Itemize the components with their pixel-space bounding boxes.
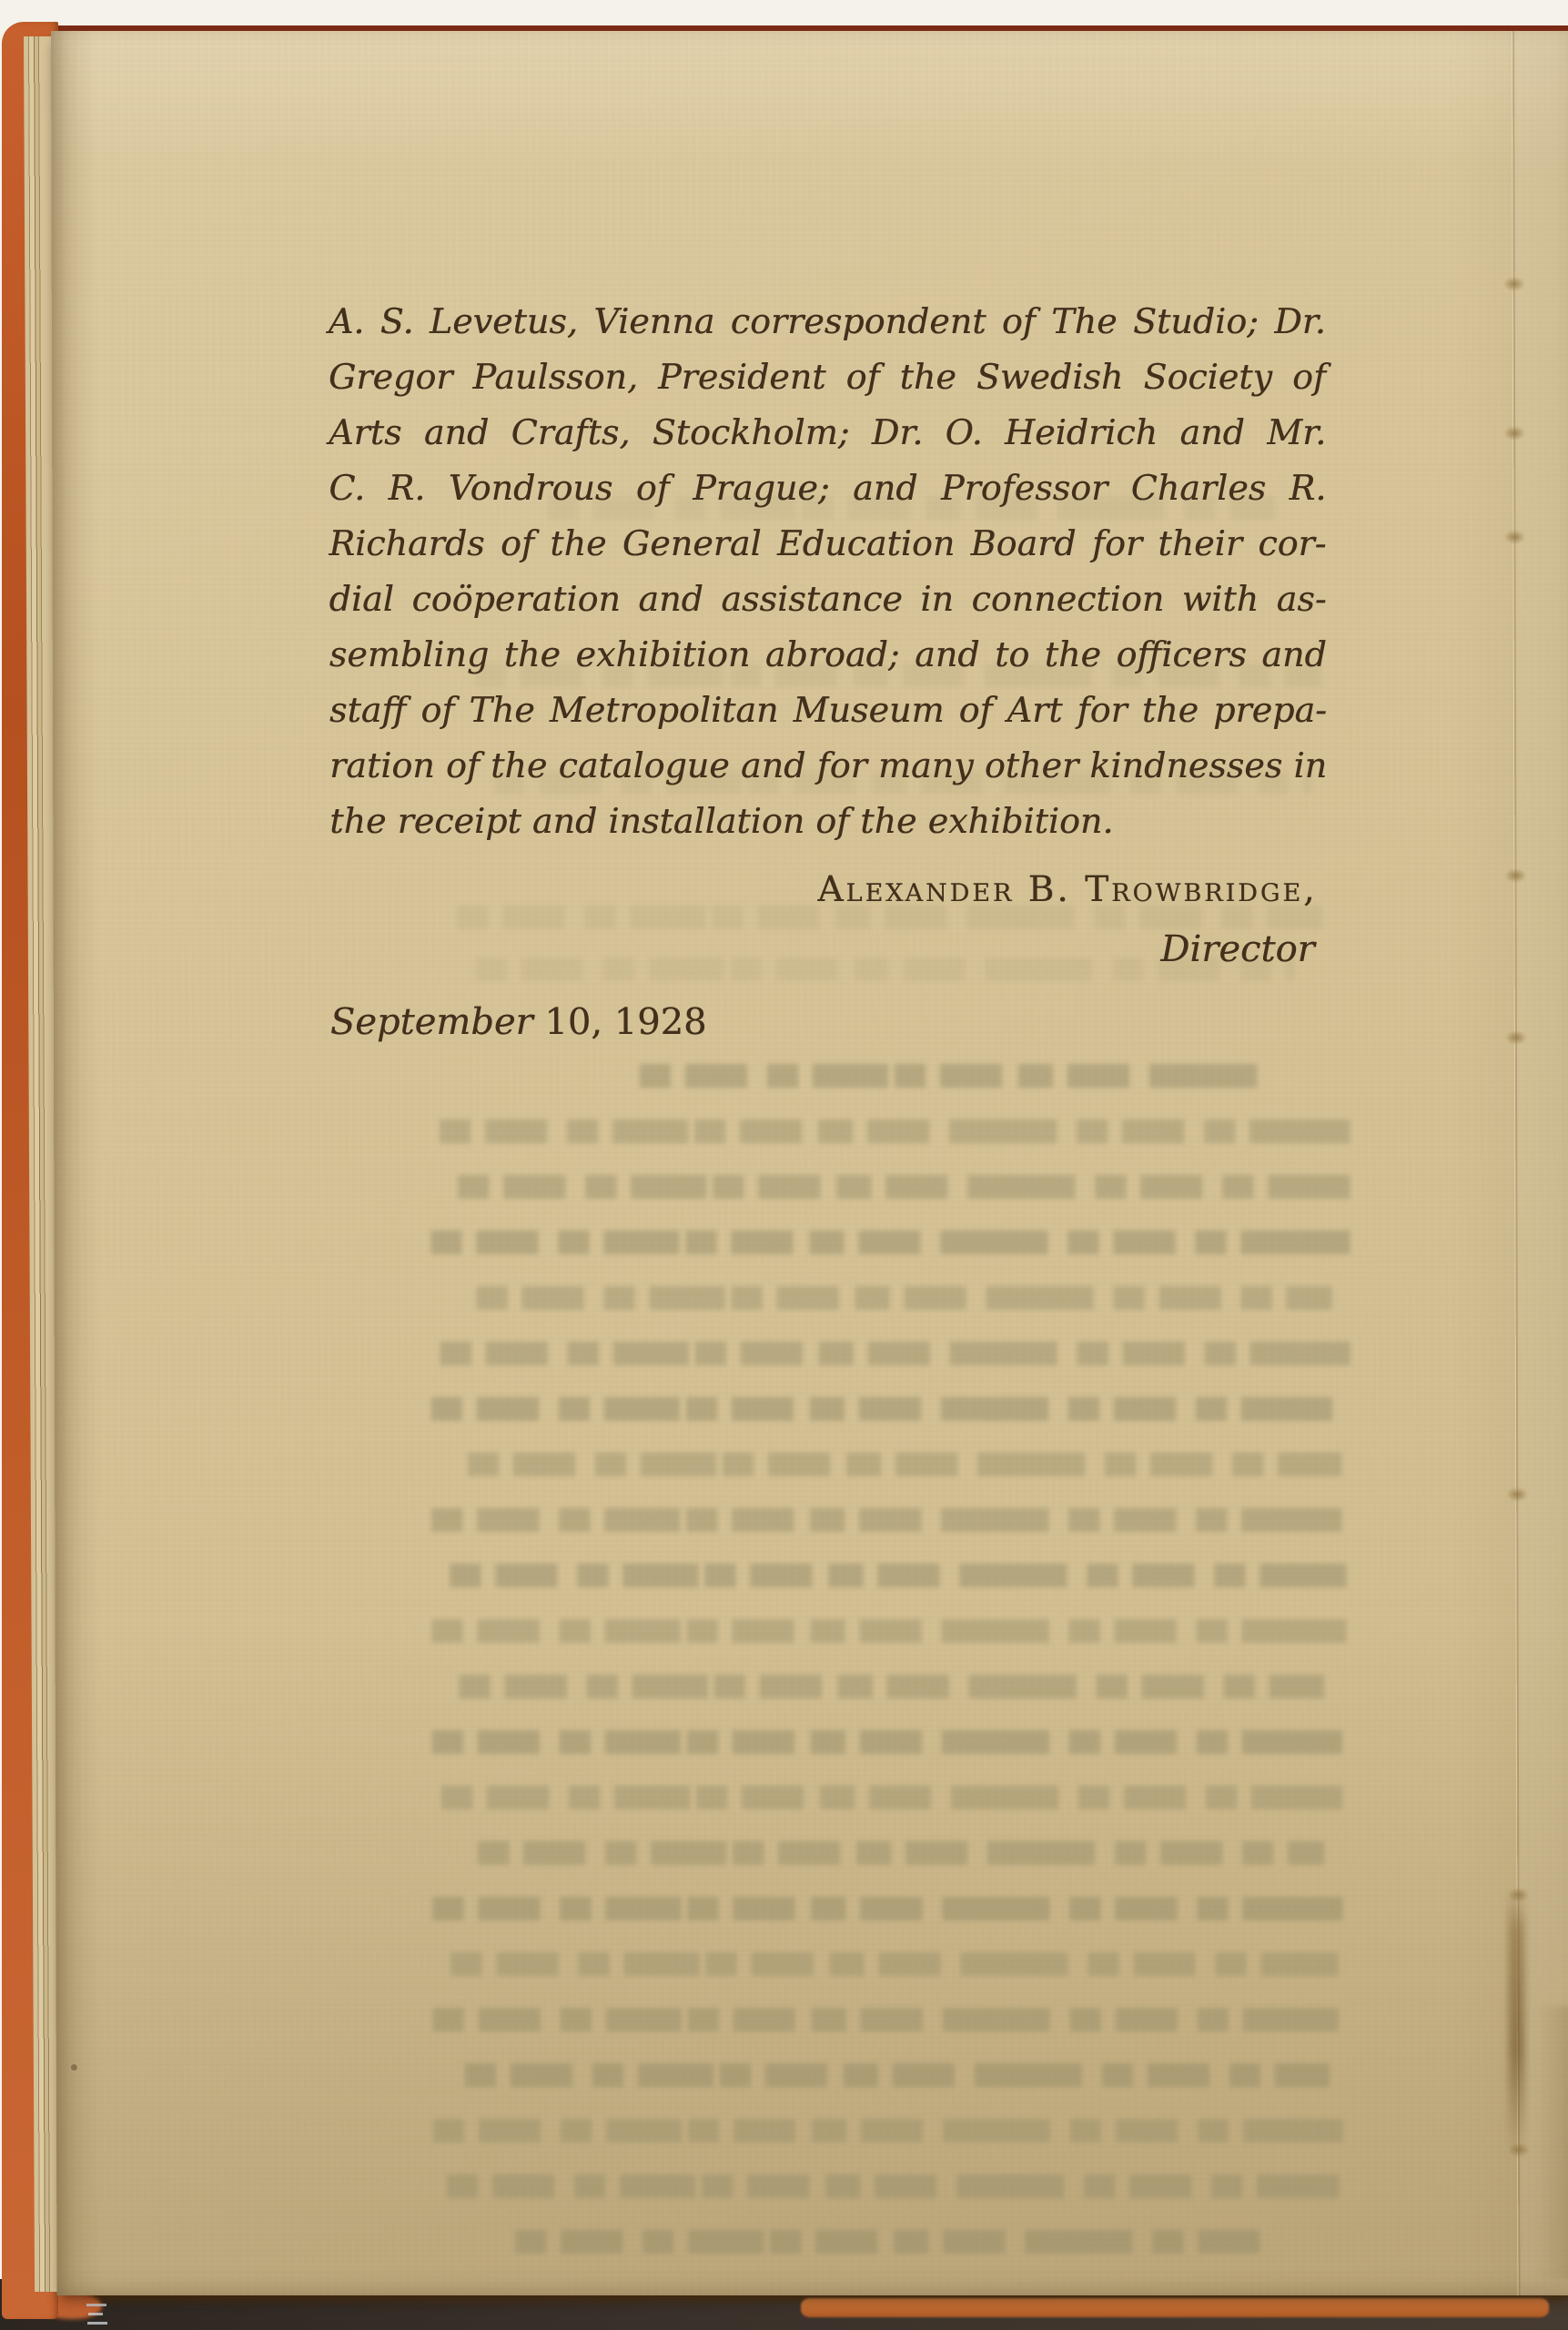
paragraph-line: A. S. Levetus, Vienna correspondent of T… bbox=[329, 294, 1326, 349]
ghost-text-line bbox=[477, 1286, 1332, 1310]
paragraph-line: Gregor Paulsson, President of the Swedis… bbox=[329, 349, 1326, 405]
ghost-text-line bbox=[432, 1897, 1342, 1920]
stitch-knot bbox=[1506, 1487, 1528, 1502]
ghost-text-line bbox=[432, 1730, 1342, 1754]
stitch-knot bbox=[1503, 530, 1525, 544]
paragraph-line: staff of The Metropolitan Museum of Art … bbox=[329, 683, 1327, 738]
paragraph-line: dial coöperation and assistance in conne… bbox=[329, 572, 1327, 627]
acknowledgment-paragraph: A. S. Levetus, Vienna correspondent of T… bbox=[329, 294, 1328, 849]
ghost-text-line bbox=[450, 1564, 1346, 1587]
date-line: September 10, 1928 bbox=[330, 1001, 707, 1043]
ghost-text-line bbox=[430, 1231, 1350, 1254]
paragraph-line: Arts and Crafts, Stockholm; Dr. O. Heidr… bbox=[329, 405, 1326, 461]
ghost-text-line bbox=[460, 1675, 1324, 1698]
ghost-text-line bbox=[432, 1619, 1347, 1643]
scanner-mark bbox=[88, 2313, 103, 2315]
paper-speck bbox=[71, 2064, 77, 2071]
stitch-knot bbox=[1505, 1030, 1527, 1045]
ghost-text-line bbox=[451, 1952, 1339, 1976]
ghost-text-line bbox=[431, 1397, 1332, 1421]
ghost-text-line bbox=[431, 1508, 1341, 1532]
ghost-text-line bbox=[440, 1342, 1351, 1365]
paragraph-line: sembling the exhibition abroad; and to t… bbox=[329, 627, 1327, 683]
ghost-text-line bbox=[468, 1453, 1341, 1476]
binding-stain bbox=[1508, 1889, 1525, 2159]
stitch-knot bbox=[1504, 868, 1526, 883]
paragraph-line: C. R. Vondrous of Prague; and Professor … bbox=[329, 461, 1326, 516]
paragraph-line: Richards of the General Education Board … bbox=[329, 516, 1326, 572]
ghost-text-line bbox=[640, 1064, 1277, 1088]
scanner-mark bbox=[86, 2304, 106, 2306]
stitch-knot bbox=[1508, 2143, 1530, 2157]
paragraph-line: ration of the catalogue and for many oth… bbox=[329, 738, 1327, 794]
stitch-knot bbox=[1503, 277, 1525, 291]
ghost-text-line bbox=[447, 2174, 1339, 2198]
corner-curl-shadow bbox=[1535, 2006, 1568, 2279]
stitch-knot bbox=[1503, 426, 1525, 441]
signature-name: Alexander B. Trowbridge, bbox=[817, 869, 1317, 911]
signature-title: Director bbox=[1160, 928, 1314, 970]
stitch-knot bbox=[1507, 1888, 1529, 1902]
book-page-scan: A. S. Levetus, Vienna correspondent of T… bbox=[0, 0, 1568, 2330]
ghost-text-line bbox=[515, 2230, 1270, 2254]
ghost-text-line bbox=[465, 2063, 1330, 2087]
date-month: September bbox=[330, 1001, 533, 1043]
ghost-text-line bbox=[478, 1841, 1324, 1865]
date-numbers: 10, 1928 bbox=[533, 1001, 707, 1043]
ghost-text-line bbox=[440, 1119, 1350, 1143]
ghost-text-line bbox=[458, 1175, 1350, 1199]
ghost-text-line bbox=[433, 2008, 1339, 2031]
ghost-text-line bbox=[433, 2119, 1343, 2143]
cover-bottom-edge bbox=[801, 2298, 1549, 2317]
scanner-mark bbox=[87, 2322, 107, 2325]
paragraph-line: the receipt and installation of the exhi… bbox=[329, 794, 1327, 849]
ghost-text-line bbox=[441, 1786, 1342, 1809]
book-page: A. S. Levetus, Vienna correspondent of T… bbox=[51, 31, 1568, 2295]
